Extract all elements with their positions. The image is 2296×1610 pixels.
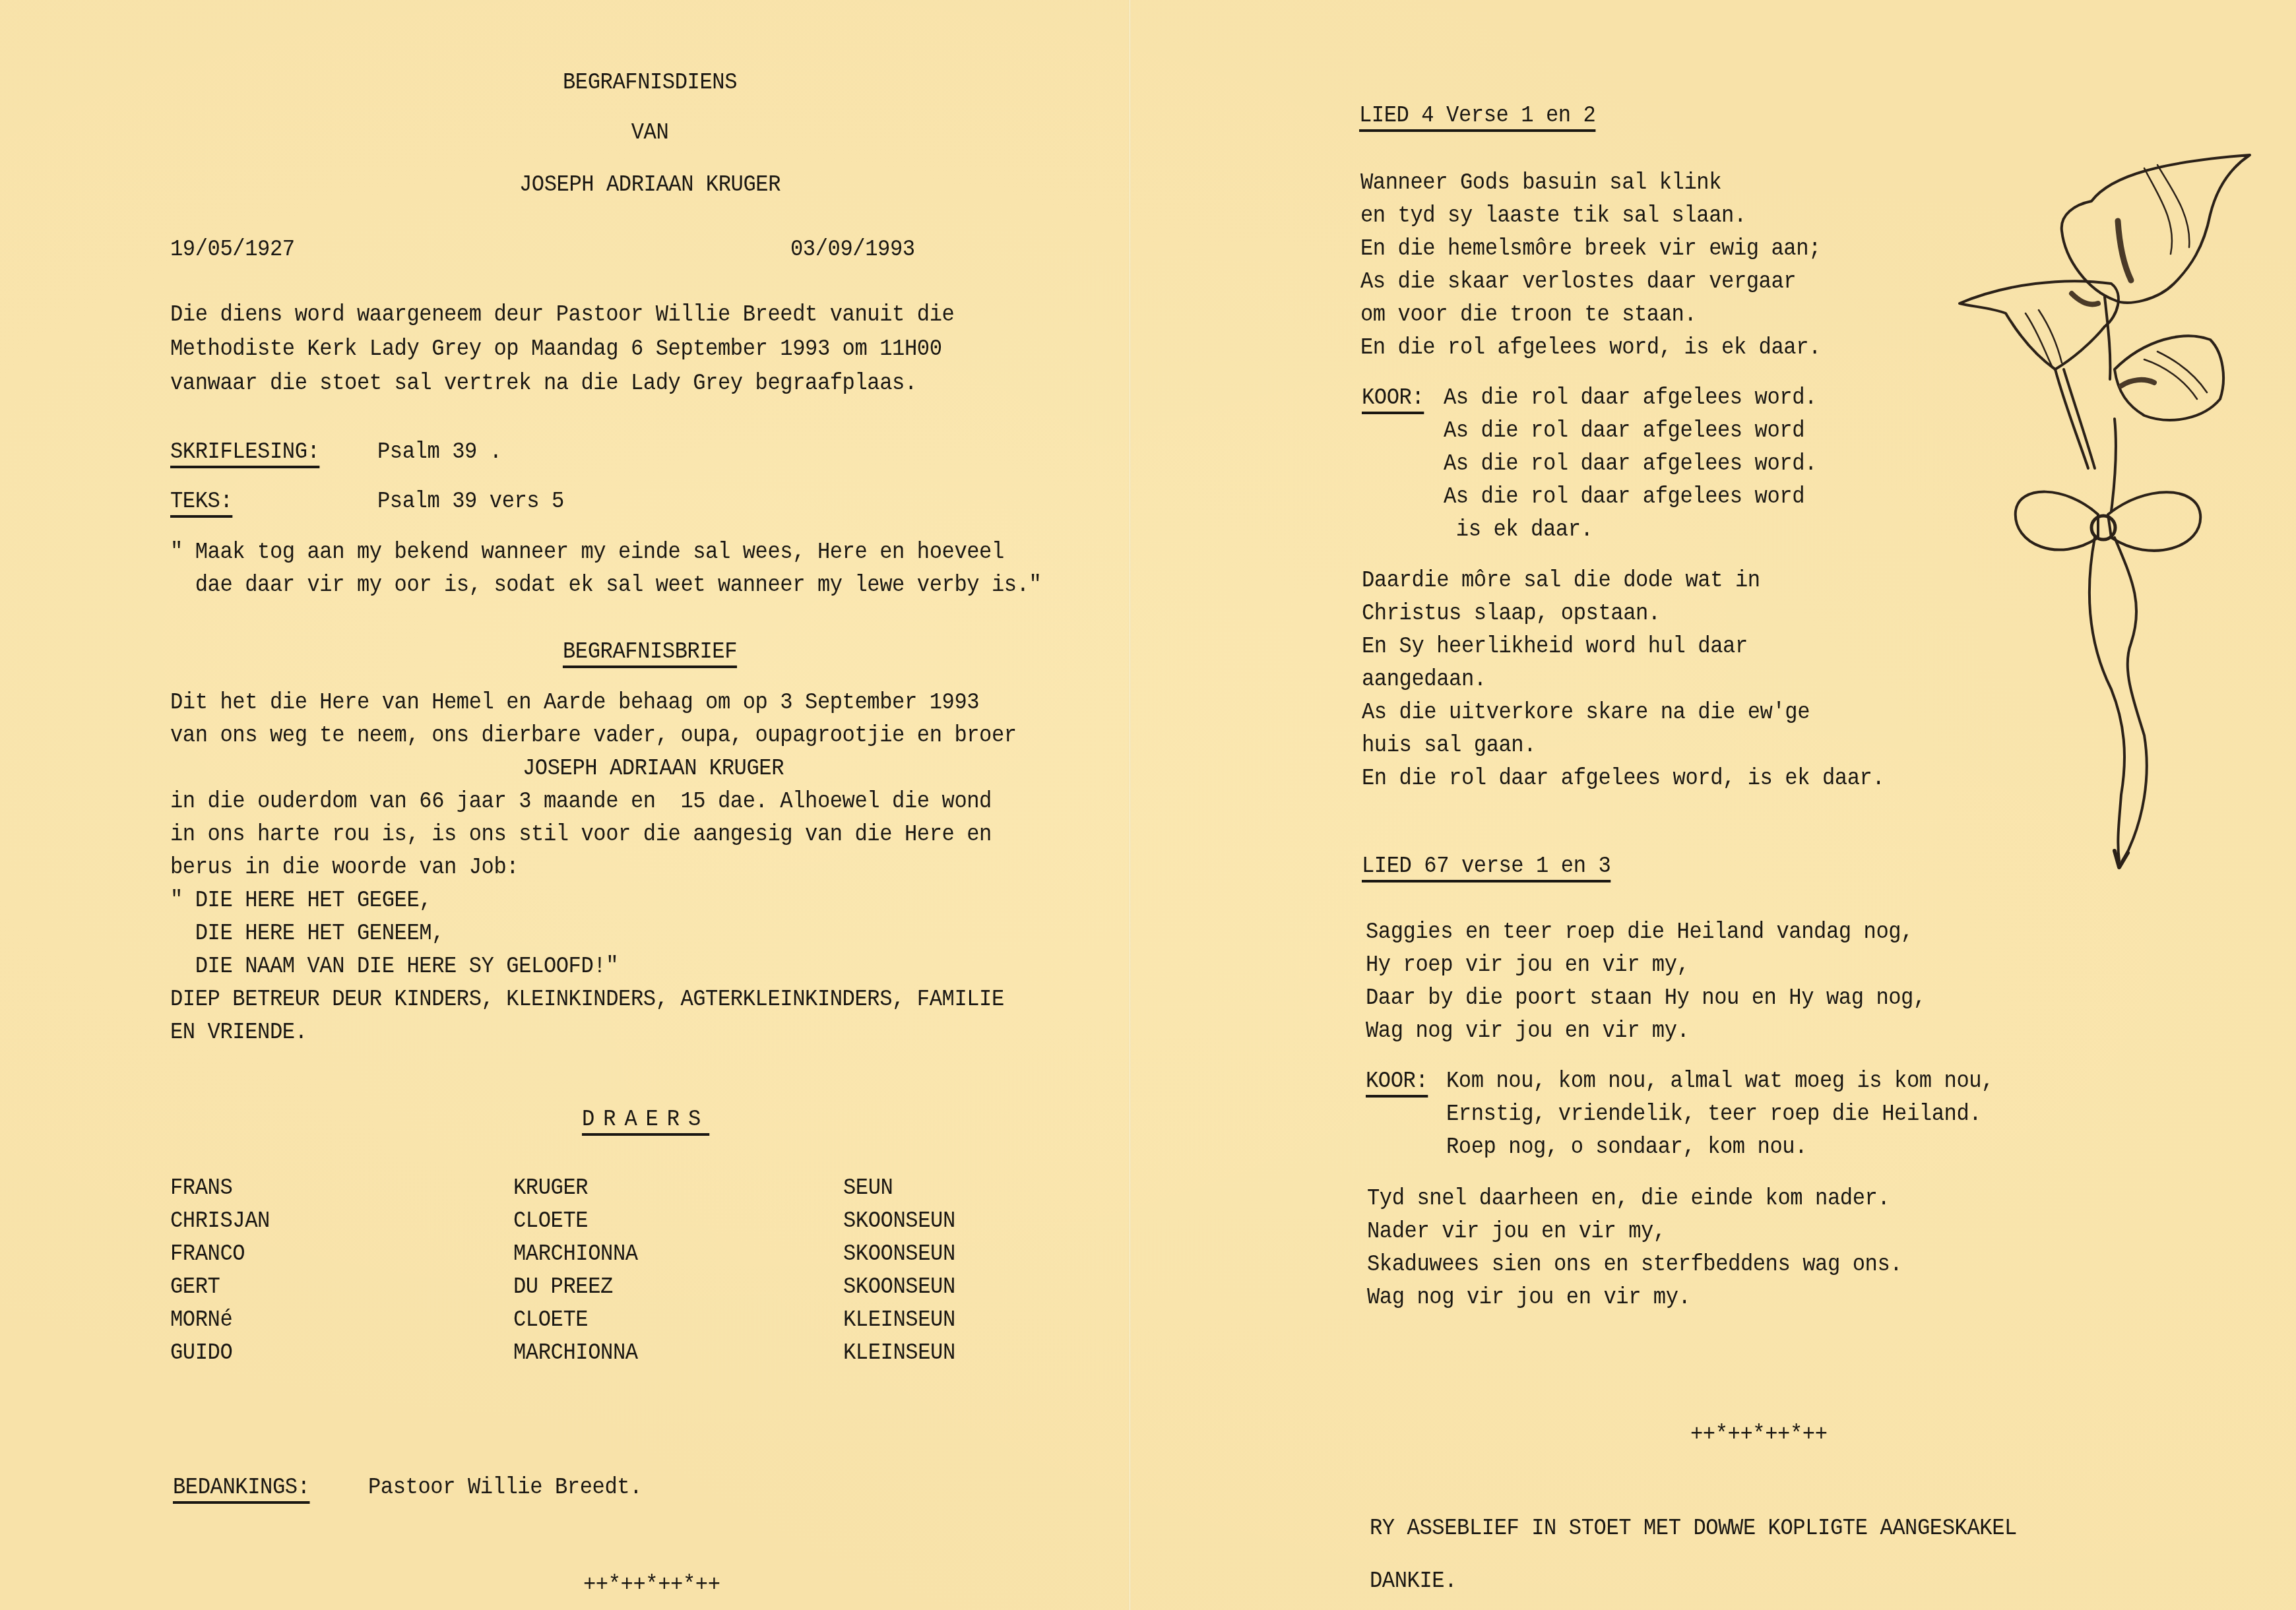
scripture-quote-line: " Maak tog aan my bekend wanneer my eind… [170,536,1004,569]
pallbearer-row: FRANCO MARCHIONNA SKOONSEUN [170,1237,1094,1270]
closing-thanks: DANKIE. [1370,1564,1457,1597]
lyric-line: En die rol afgelees word, is ek daar. [1360,331,1821,364]
death-date: 03/09/1993 [790,233,915,266]
letter-deceased-name: JOSEPH ADRIAAN KRUGER [52,752,1254,785]
pallbearer-relation: KLEINSEUN [843,1303,955,1336]
skriflesing-value: Psalm 39 . [377,435,502,468]
scripture-quote-line: dae daar vir my oor is, sodat ek sal wee… [170,569,1041,602]
hymn1-title: LIED 4 Verse 1 en 2 [1359,102,1595,129]
lyric-line: Ernstig, vriendelik, teer roep die Heila… [1446,1098,1981,1130]
lyric-line: om voor die troon te staan. [1360,298,1696,331]
lyric-line: Tyd snel daarheen en, die einde kom nade… [1367,1182,1890,1215]
service-line: Methodiste Kerk Lady Grey op Maandag 6 S… [170,332,942,365]
lyric-line: Christus slaap, opstaan. [1362,597,1661,630]
pallbearer-row: MORNé CLOETE KLEINSEUN [170,1303,1094,1336]
lyric-line: As die rol daar afgelees word [1444,414,1804,447]
pallbearers-heading: DRAERS [582,1106,709,1132]
birth-date: 19/05/1927 [170,233,295,266]
letter-line: DIE HERE HET GENEEM, [170,917,444,950]
service-title: BEGRAFNISDIENS [52,66,1248,99]
thanks-label: BEDANKINGS: [173,1474,310,1501]
pallbearer-row: GUIDO MARCHIONNA KLEINSEUN [170,1336,1094,1369]
ornament-divider: ++*++*++*++ [583,1568,720,1601]
pallbearer-first-name: GUIDO [170,1336,232,1369]
lyric-line: is ek daar. [1444,513,1593,546]
teks-label: TEKS: [170,488,232,514]
pallbearer-relation: SKOONSEUN [843,1237,955,1270]
lyric-line: Hy roep vir jou en vir my, [1366,948,1689,981]
pallbearer-first-name: GERT [170,1270,220,1303]
lyric-line: As die rol daar afgelees word. [1444,447,1817,480]
letter-line: berus in die woorde van Job: [170,851,519,884]
pallbearer-relation: SKOONSEUN [843,1204,955,1237]
pallbearer-surname: MARCHIONNA [513,1336,638,1369]
lyric-line: As die rol daar afgelees word. [1444,381,1817,414]
pallbearer-relation: SEUN [843,1171,893,1204]
lyric-line: En die hemelsmôre breek vir ewig aan; [1360,232,1821,265]
letter-line: in die ouderdom van 66 jaar 3 maande en … [170,785,992,818]
skriflesing-label: SKRIFLESING: [170,439,319,465]
lyric-line: Roep nog, o sondaar, kom nou. [1446,1130,1807,1163]
pallbearer-first-name: MORNé [170,1303,232,1336]
lyric-line: En die rol daar afgelees word, is ek daa… [1362,762,1884,795]
letter-line: " DIE HERE HET GEGEE, [170,884,431,917]
pallbearer-first-name: FRANS [170,1171,232,1204]
procession-note: RY ASSEBLIEF IN STOET MET DOWWE KOPLIGTE… [1370,1512,2017,1545]
pallbearer-surname: KRUGER [513,1171,588,1204]
lyric-line: Daar by die poort staan Hy nou en Hy wag… [1366,981,1926,1014]
service-title-van: VAN [52,116,1248,149]
lyric-line: Wag nog vir jou en vir my. [1367,1281,1690,1314]
letter-line: in ons harte rou is, is ons stil voor di… [170,818,992,851]
hymn2-title: LIED 67 verse 1 en 3 [1362,853,1610,879]
pallbearer-row: FRANS KRUGER SEUN [170,1171,1094,1204]
lyric-line: As die rol daar afgelees word [1444,480,1804,513]
page-fold [1129,0,1131,1610]
lyric-line: En Sy heerlikheid word hul daar [1362,630,1748,663]
letter-heading: BEGRAFNISBRIEF [563,638,737,665]
pallbearer-surname: CLOETE [513,1204,588,1237]
lyric-line: As die skaar verlostes daar vergaar [1360,265,1796,298]
pallbearer-first-name: CHRISJAN [170,1204,270,1237]
lyric-line: en tyd sy laaste tik sal slaan. [1360,199,1746,232]
pallbearer-relation: KLEINSEUN [843,1336,955,1369]
pallbearer-first-name: FRANCO [170,1237,245,1270]
service-line: Die diens word waargeneem deur Pastoor W… [170,298,954,331]
deceased-name: JOSEPH ADRIAAN KRUGER [52,168,1248,201]
lyric-line: aangedaan. [1362,663,1486,696]
lyric-line: As die uitverkore skare na die ew'ge [1362,696,1810,729]
pallbearer-surname: MARCHIONNA [513,1237,638,1270]
calla-lily-illustration [1946,142,2263,920]
chorus-label: KOOR: [1366,1068,1428,1094]
lyric-line: Kom nou, kom nou, almal wat moeg is kom … [1446,1065,1994,1098]
lyric-line: Wanneer Gods basuin sal klink [1360,166,1721,199]
teks-value: Psalm 39 vers 5 [377,485,564,518]
pallbearer-relation: SKOONSEUN [843,1270,955,1303]
ornament-divider: ++*++*++*++ [1690,1418,1828,1451]
pallbearer-surname: DU PREEZ [513,1270,613,1303]
letter-line: EN VRIENDE. [170,1016,307,1049]
lyric-line: Nader vir jou en vir my, [1367,1215,1666,1248]
lyric-line: Skaduwees sien ons en sterfbeddens wag o… [1367,1248,1902,1281]
lyric-line: Wag nog vir jou en vir my. [1366,1014,1689,1047]
letter-line: DIEP BETREUR DEUR KINDERS, KLEINKINDERS,… [170,983,1004,1016]
pallbearer-row: GERT DU PREEZ SKOONSEUN [170,1270,1094,1303]
lyric-line: Daardie môre sal die dode wat in [1362,564,1760,597]
lyric-line: huis sal gaan. [1362,729,1536,762]
pallbearer-row: CHRISJAN CLOETE SKOONSEUN [170,1204,1094,1237]
lyric-line: Saggies en teer roep die Heiland vandag … [1366,915,1913,948]
letter-line: van ons weg te neem, ons dierbare vader,… [170,719,1017,752]
letter-line: Dit het die Here van Hemel en Aarde beha… [170,686,979,719]
service-line: vanwaar die stoet sal vertrek na die Lad… [170,367,917,400]
thanks-value: Pastoor Willie Breedt. [368,1471,642,1504]
chorus-label: KOOR: [1362,385,1424,411]
pallbearer-surname: CLOETE [513,1303,588,1336]
letter-line: DIE NAAM VAN DIE HERE SY GELOOFD!" [170,950,618,983]
